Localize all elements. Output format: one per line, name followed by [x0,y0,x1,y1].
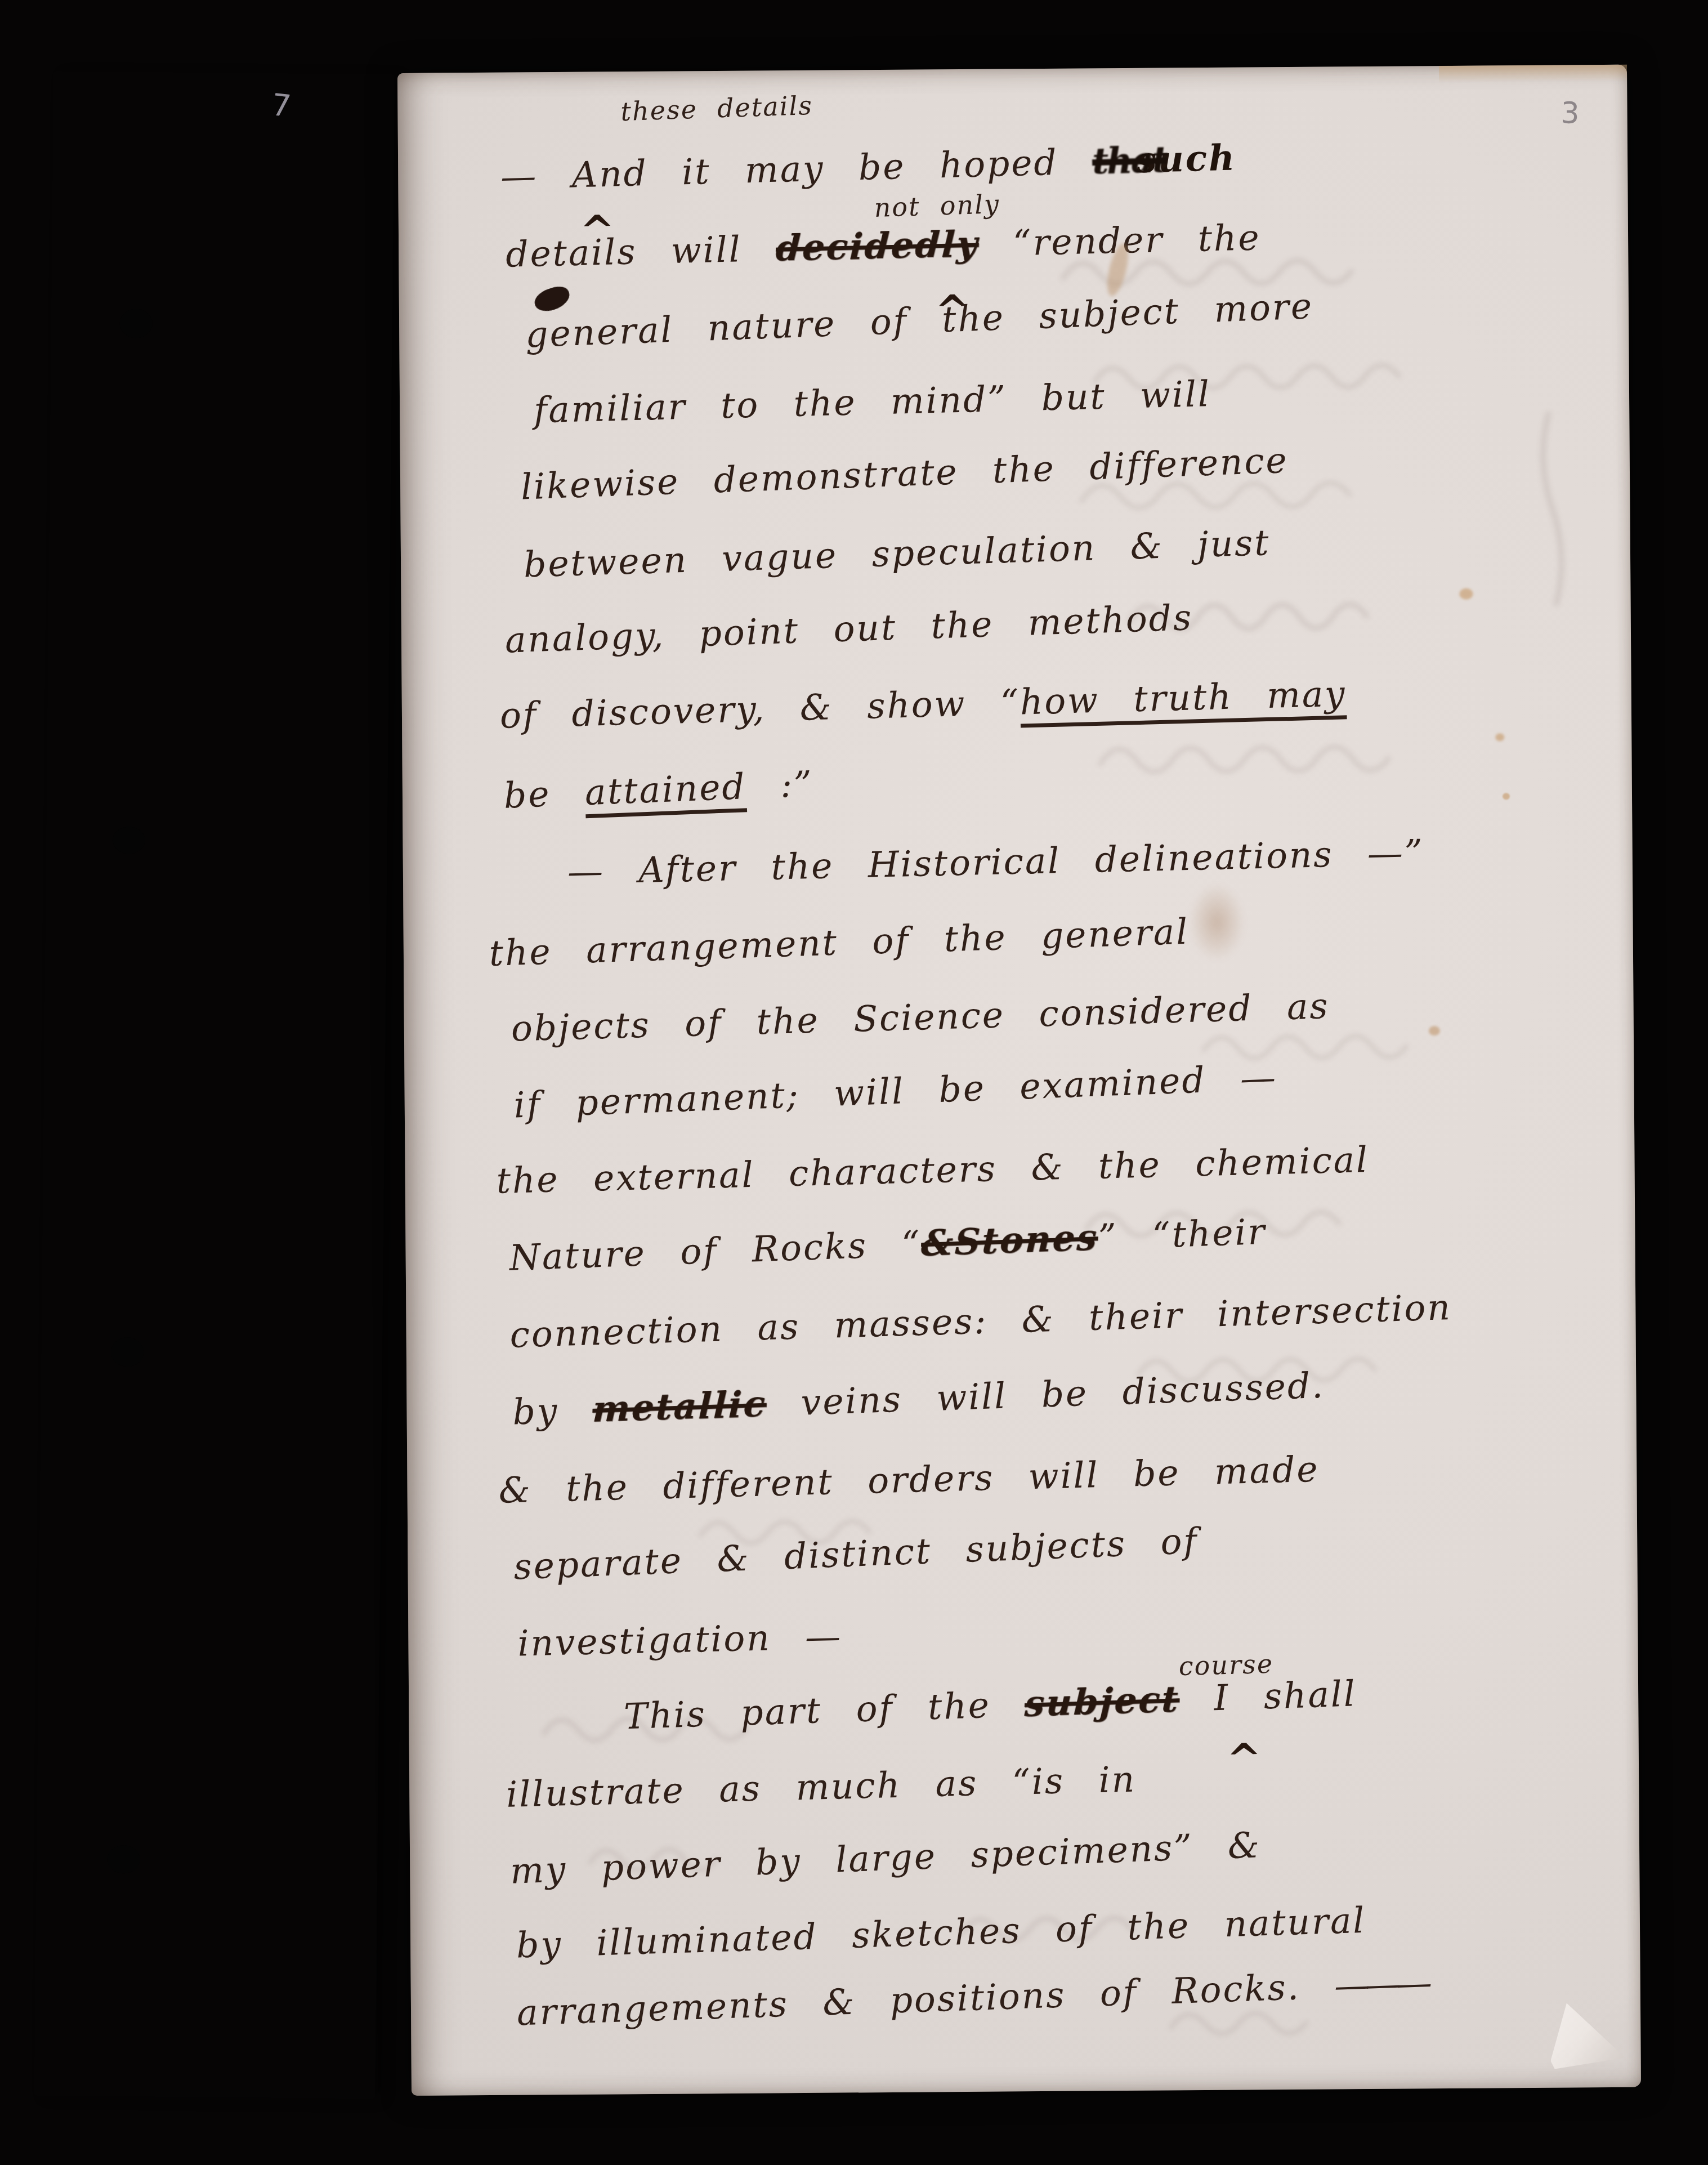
manuscript-line: arrangements & positions of Rocks. ——— [516,1962,1429,2034]
handwritten-text: — And it may be hoped [500,141,1093,197]
manuscript-line: analogy, point out the methods [504,597,1193,660]
manuscript-line: Nature of Rocks “&Stones” “their [508,1211,1267,1279]
manuscript-page: 3 these details— And it may be hoped tha… [397,65,1641,2096]
struck-word: decidedly [775,223,980,269]
handwritten-text: likewise demonstrate the difference [520,440,1289,508]
manuscript-line: illustrate as much as “is in [506,1758,1136,1815]
inserted-word: not only [874,189,1000,223]
handwritten-text: details will [505,228,776,275]
manuscript-line: by illuminated sketches of the natural [516,1900,1366,1966]
backing-sheet: 7 [34,71,394,2099]
foxing-spot [1459,588,1473,600]
punch-hole [111,1337,144,1367]
punch-hole [119,309,152,338]
handwritten-text: & the different orders will be made [498,1449,1320,1511]
handwritten-text: — After the Historical delineations —” [567,832,1424,892]
inserted-word: these details [620,90,813,127]
handwritten-text: course [1178,1649,1274,1682]
handwritten-text: :” [745,764,814,807]
handwritten-text: my power by large specimens” & [509,1824,1262,1892]
inserted-word: course [1178,1649,1274,1682]
handwritten-text: “render the [978,217,1261,264]
manuscript-line: the external characters & the chemical [496,1139,1370,1202]
manuscript-line: by metallic veins will be discussed. [512,1364,1325,1433]
handwritten-text: of discovery, & show “ [499,682,1021,736]
struck-word: metallic [592,1383,767,1430]
handwritten-text: objects of the Science considered as [511,985,1330,1050]
foxing-spot [1429,1026,1440,1035]
handwritten-text: ——— [1334,1962,1429,2006]
struck-word: &Stones [920,1216,1099,1264]
handwritten-text: familiar to the mind” but will [533,373,1211,431]
struck-word: subject [1024,1678,1181,1725]
manuscript-line: my power by large specimens” & [509,1824,1262,1892]
handwritten-text: Nature of Rocks “ [508,1223,922,1279]
handwritten-text: ” “their [1098,1211,1267,1258]
manuscript-line: of discovery, & show “how truth may [499,673,1347,736]
manuscript-line: details will decidedly “render the [505,216,1261,275]
underlined-phrase: how truth may [1020,673,1347,722]
manuscript-line: & the different orders will be made [498,1449,1320,1511]
handwritten-text: arrangements & positions of Rocks. [516,1965,1335,2033]
handwritten-text: connection as masses: & their intersecti… [509,1287,1452,1356]
foxing-spot [1495,733,1504,741]
handwritten-text: general nature of the subject more [525,285,1314,355]
manuscript-line: the arrangement of the general [489,911,1190,974]
manuscript-line: general nature of the subject more [525,285,1314,355]
handwritten-text: by illuminated sketches of the natural [516,1900,1366,1966]
handwritten-text: these details [620,90,813,127]
manuscript-line: likewise demonstrate the difference [520,440,1289,508]
manuscript-line: — After the Historical delineations —” [567,832,1424,892]
handwritten-text: by [512,1389,593,1433]
handwritten-text: illustrate as much as “is in [506,1758,1136,1815]
manuscript-line: investigation — [517,1616,843,1664]
manuscript-line: familiar to the mind” but will [533,373,1211,431]
page-number: 3 [1561,96,1580,131]
handwritten-text: veins will be discussed. [766,1365,1325,1425]
punch-hole [107,1845,140,1874]
handwritten-text: the external characters & the chemical [496,1139,1370,1202]
insertion-caret: ^ [1226,1735,1264,1784]
overwritten-word: that [1092,139,1167,182]
manuscript-line: objects of the Science considered as [511,985,1330,1050]
manuscript-line: — And it may be hoped thatsuch [500,137,1236,198]
edge-discoloration [1439,65,1627,83]
stain [1188,883,1245,962]
handwritten-text: investigation — [517,1616,843,1664]
manuscript-text-layer: these details— And it may be hoped thats… [397,65,1627,73]
manuscript-line: be attained :” [503,764,815,816]
manuscript-line: between vague speculation & just [523,522,1271,585]
handwritten-text: be [503,772,586,816]
handwritten-text: analogy, point out the methods [504,597,1193,660]
manuscript-line: if permanent; will be examined — [513,1057,1278,1126]
handwritten-text: if permanent; will be examined — [513,1057,1278,1126]
handwritten-text: not only [874,189,1000,223]
dog-ear-fold [1550,2002,1627,2072]
handwritten-text: separate & distinct subjects of [513,1520,1199,1588]
handwritten-text: the arrangement of the general [489,911,1190,974]
manuscript-line: separate & distinct subjects of [513,1520,1199,1588]
foxing-spot [1503,793,1510,800]
handwritten-text: This part of the [623,1684,1025,1737]
manuscript-line: connection as masses: & their intersecti… [509,1287,1452,1356]
underlined-phrase: attained [584,766,746,813]
punch-hole [113,827,145,854]
manuscript-photograph: 7 3 these details— And it may be hoped t… [0,0,1708,2165]
handwritten-text: ^ [1226,1735,1264,1784]
ink-blot [531,283,573,315]
pencil-folio-number: 7 [270,87,293,124]
manuscript-line: This part of the subject I shall [623,1672,1357,1737]
handwritten-text: between vague speculation & just [523,522,1271,585]
